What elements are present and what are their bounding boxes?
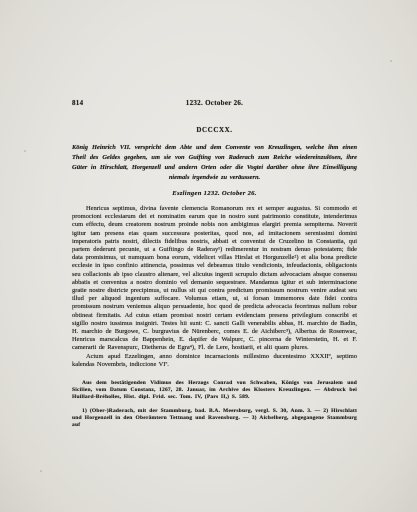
charter-text: Henricus septimus, divina favente clemen…: [72, 205, 357, 369]
running-head: 1232. October 26.: [132, 99, 297, 107]
page-number: 814: [72, 99, 132, 107]
text-column: 814 1232. October 26. DCCCXX. König Hein…: [72, 99, 357, 429]
charter-text-paragraph-1: Henricus septimus, divina favente clemen…: [72, 205, 357, 353]
dateline: Eszlingen 1232. October 26.: [72, 190, 357, 197]
scan-speck: [40, 470, 42, 472]
footnotes: 1) (Ober-)Raderach, mit der Stammburg, b…: [72, 408, 357, 429]
charter-text-paragraph-2: Actum apud Ezzelingen, anno dominice inc…: [72, 353, 357, 369]
scan-speck: [24, 150, 26, 152]
footnotes-text: 1) (Ober-)Raderach, mit der Stammburg, b…: [72, 408, 357, 429]
scanned-book-page: 814 1232. October 26. DCCCXX. König Hein…: [0, 0, 417, 512]
regest-paragraph: König Heinrich VII. verspricht dem Abte …: [72, 143, 357, 183]
source-note: Aus dem bestätigenden Vidimus des Herzog…: [72, 380, 357, 401]
scan-speck: [390, 60, 392, 62]
page-header: 814 1232. October 26.: [72, 99, 357, 107]
source-note-text: Aus dem bestätigenden Vidimus des Herzog…: [72, 380, 357, 401]
charter-number: DCCCXX.: [72, 126, 357, 134]
